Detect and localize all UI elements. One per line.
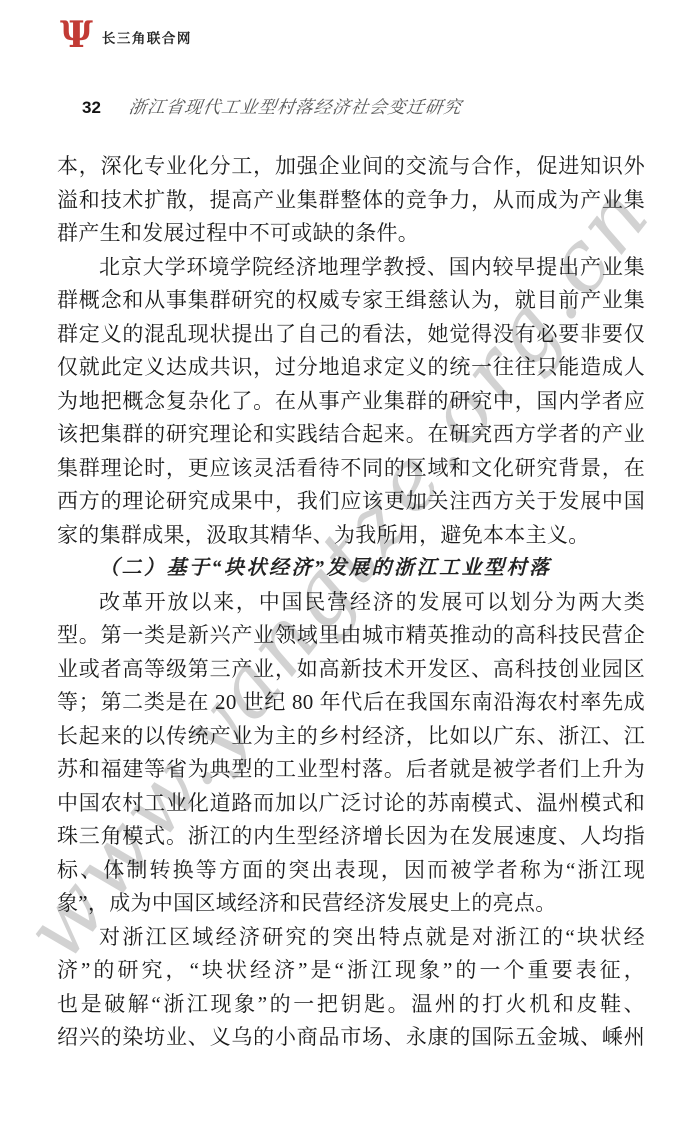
body-line: 长起来的以传统产业为主的乡村经济，比如以广东、浙江、江 [57, 720, 645, 754]
body-line: 标、体制转换等方面的突出表现，因而被学者称为“浙江现 [57, 854, 645, 888]
book-page: www.yangtze.org.cn Ψ 长三角联合网 32 浙江省现代工业型村… [0, 0, 700, 1148]
body-line: 群定义的混乱现状提出了自己的看法，她觉得没有必要非要仅 [57, 318, 645, 352]
body-line: 家的集群成果，汲取其精华、为我所用，避免本本主义。 [57, 519, 645, 553]
body-text: 本，深化专业化分工，加强企业间的交流与合作，促进知识外溢和技术扩散，提高产业集群… [57, 150, 645, 1055]
body-line: 济”的研究，“块状经济”是“浙江现象”的一个重要表征， [57, 954, 645, 988]
page-number: 32 [82, 98, 101, 118]
running-header: 32 浙江省现代工业型村落经济社会变迁研究 [82, 94, 462, 119]
body-line: 绍兴的染坊业、义乌的小商品市场、永康的国际五金城、嵊州 [57, 1021, 645, 1055]
body-line: 中国农村工业化道路而加以广泛讨论的苏南模式、温州模式和 [57, 787, 645, 821]
body-line: 集群理论时，更应该灵活看待不同的区域和文化研究背景，在 [57, 452, 645, 486]
body-line: 西方的理论研究成果中，我们应该更加关注西方关于发展中国 [57, 485, 645, 519]
body-line: 仅就此定义达成共识，过分地追求定义的统一往往只能造成人 [57, 351, 645, 385]
body-line: 群概念和从事集群研究的权威专家王缉慈认为，就目前产业集 [57, 284, 645, 318]
body-line: 改革开放以来，中国民营经济的发展可以划分为两大类 [57, 586, 645, 620]
body-line: 溢和技术扩散，提高产业集群整体的竞争力，从而成为产业集 [57, 184, 645, 218]
body-line: 对浙江区域经济研究的突出特点就是对浙江的“块状经 [57, 921, 645, 955]
body-line: 型。第一类是新兴产业领域里由城市精英推动的高科技民营企 [57, 619, 645, 653]
running-title: 浙江省现代工业型村落经济社会变迁研究 [127, 94, 464, 119]
body-line: 等；第二类是在 20 世纪 80 年代后在我国东南沿海农村率先成 [57, 686, 645, 720]
body-line: 为地把概念复杂化了。在从事产业集群的研究中，国内学者应 [57, 385, 645, 419]
body-line: 北京大学环境学院经济地理学教授、国内较早提出产业集 [57, 251, 645, 285]
site-name: 长三角联合网 [102, 27, 192, 52]
body-line: 珠三角模式。浙江的内生型经济增长因为在发展速度、人均指 [57, 820, 645, 854]
body-line: 本，深化专业化分工，加强企业间的交流与合作，促进知识外 [57, 150, 645, 184]
site-header: Ψ 长三角联合网 [60, 18, 192, 52]
body-line: 象”，成为中国区域经济和民营经济发展史上的亮点。 [57, 887, 645, 921]
body-line: 该把集群的研究理论和实践结合起来。在研究西方学者的产业 [57, 418, 645, 452]
body-line: 也是破解“浙江现象”的一把钥匙。温州的打火机和皮鞋、 [57, 988, 645, 1022]
body-line: 群产生和发展过程中不可或缺的条件。 [57, 217, 645, 251]
body-line: 苏和福建等省为典型的工业型村落。后者就是被学者们上升为 [57, 753, 645, 787]
section-heading: （二）基于“块状经济”发展的浙江工业型村落 [57, 552, 645, 586]
site-logo-icon: Ψ [60, 18, 93, 52]
body-line: 业或者高等级第三产业，如高新技术开发区、高科技创业园区 [57, 653, 645, 687]
